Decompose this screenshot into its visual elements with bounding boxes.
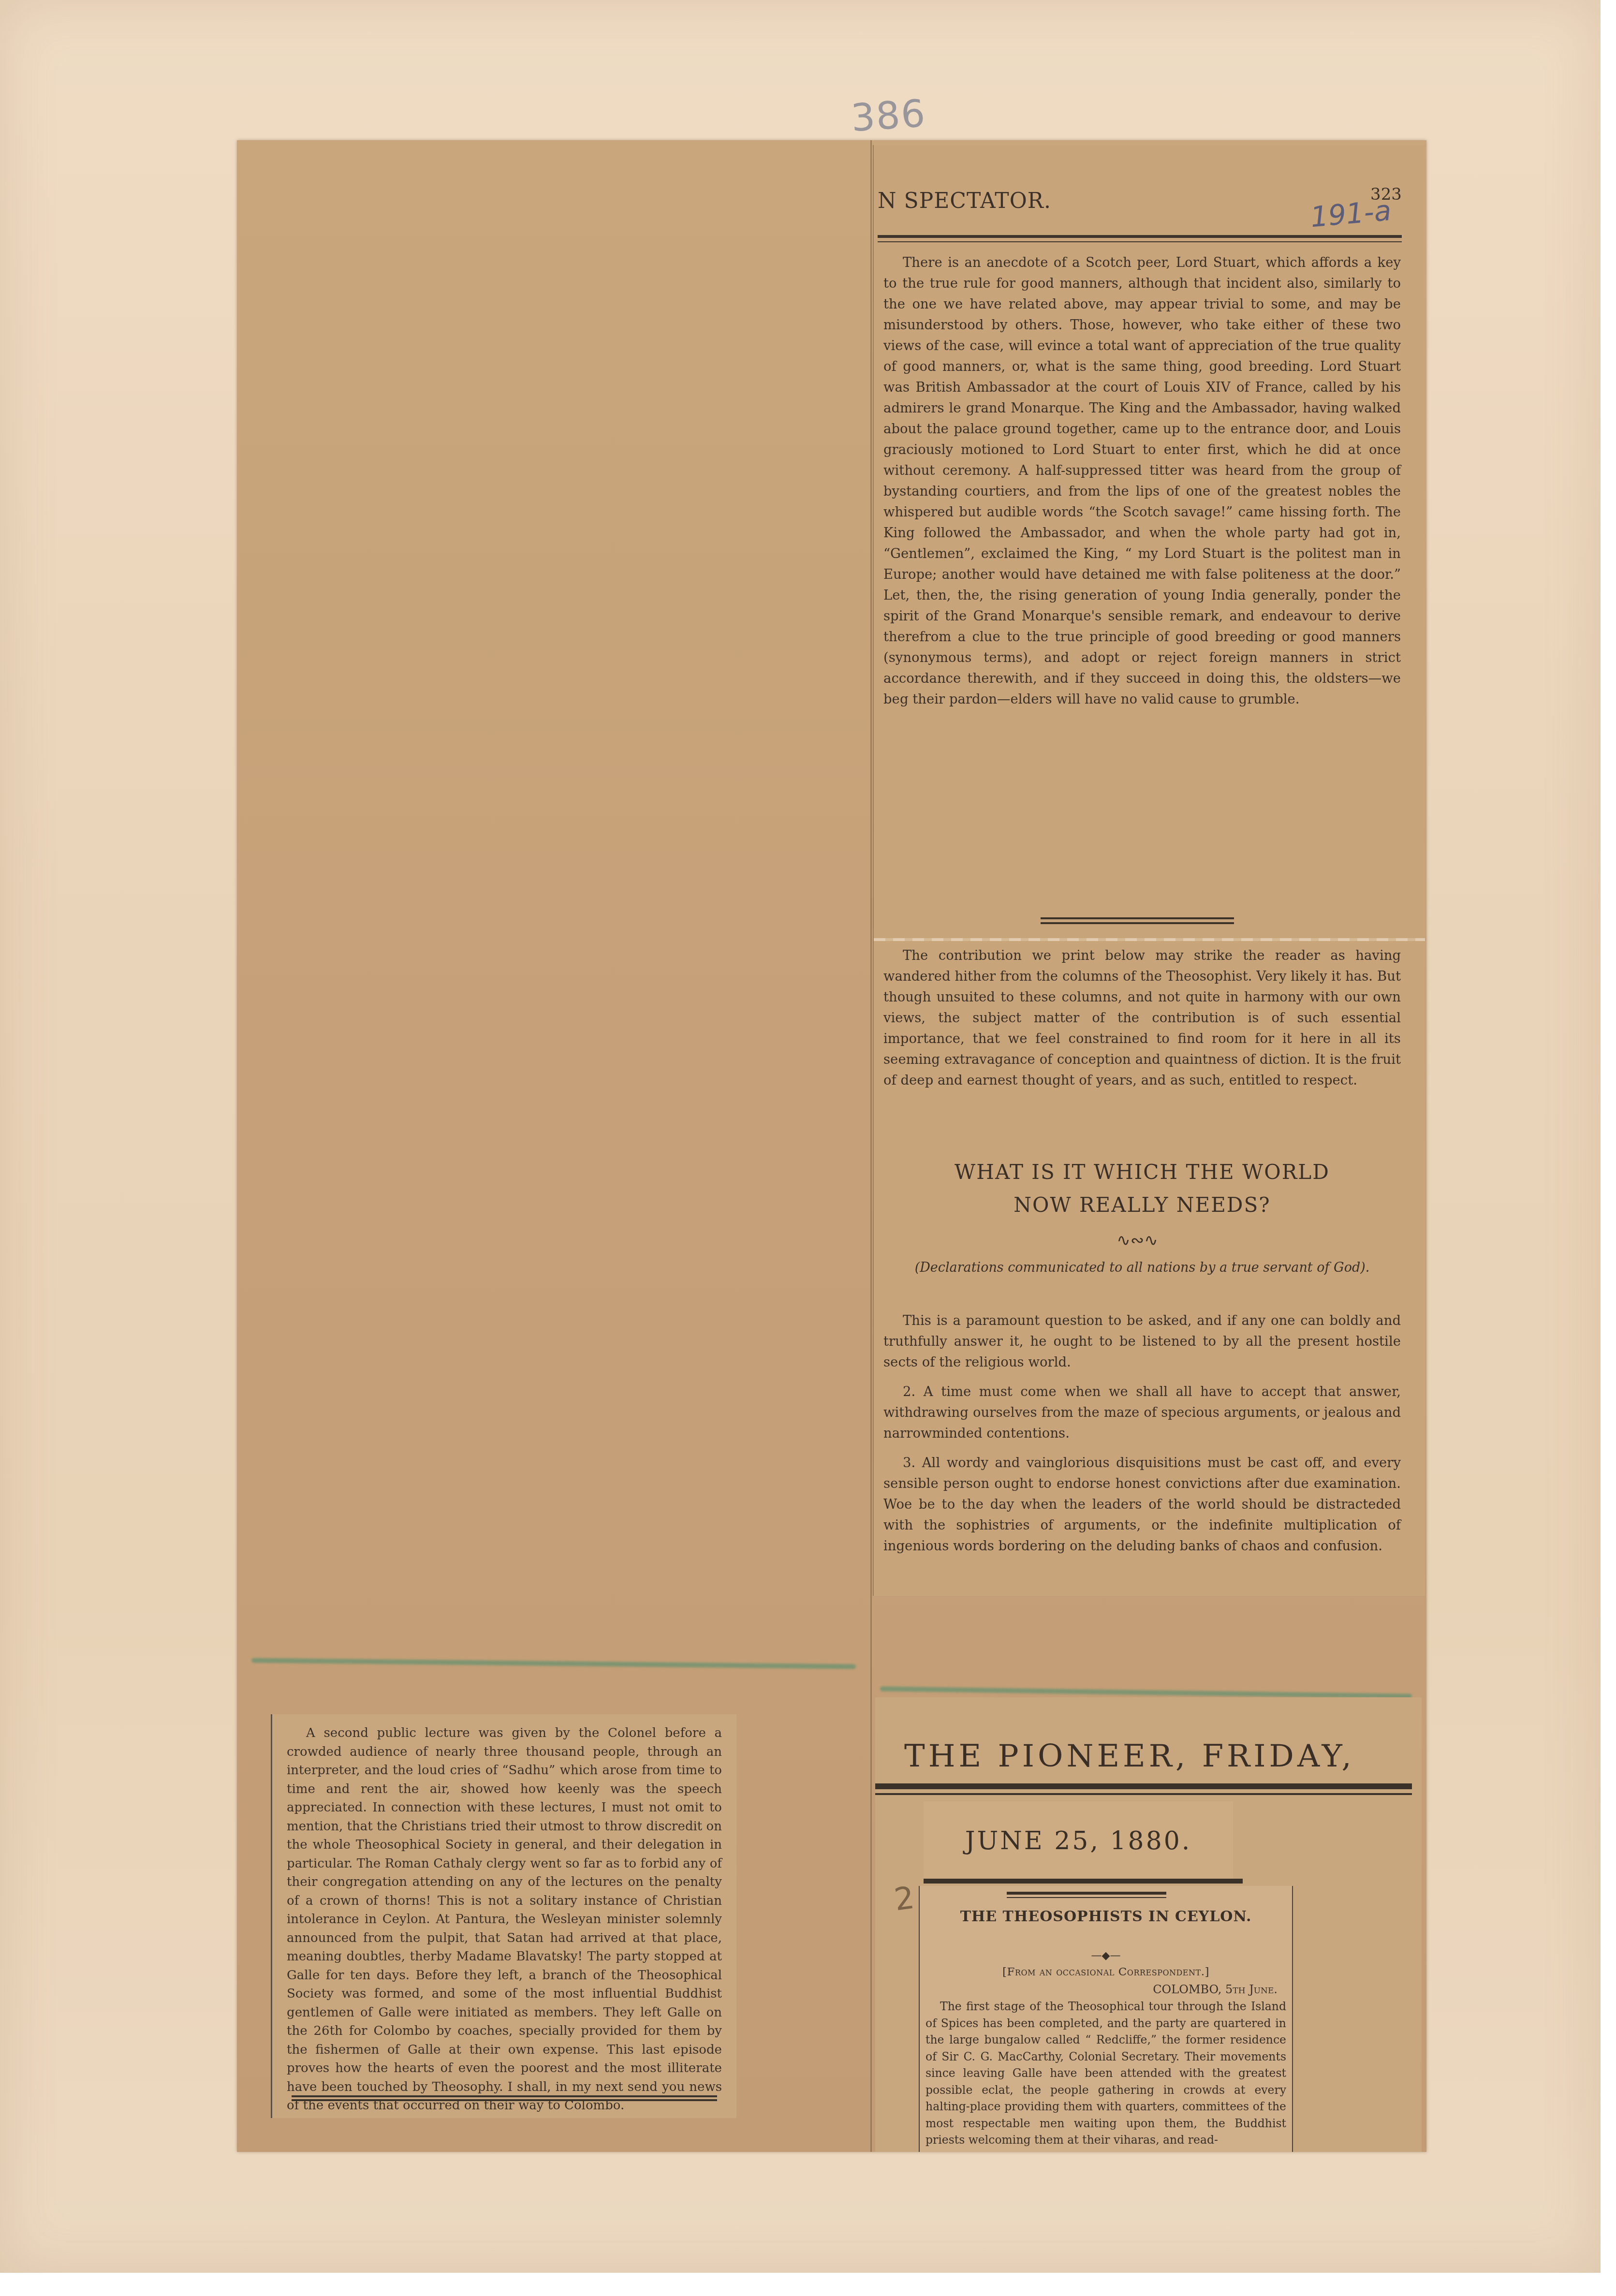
paper-tear bbox=[874, 938, 1425, 941]
declaration-paragraph-3: 3. All wordy and vainglorious disquisiti… bbox=[883, 1453, 1401, 1557]
ornament-divider: —◆— bbox=[920, 1950, 1292, 1962]
section-separator bbox=[1041, 917, 1234, 924]
anecdote-article: There is an anecdote of a Scotch peer, L… bbox=[883, 252, 1401, 710]
anecdote-paragraph: There is an anecdote of a Scotch peer, L… bbox=[883, 252, 1401, 710]
article-headline: WHAT IS IT WHICH THE WORLD NOW REALLY NE… bbox=[883, 1156, 1401, 1222]
date-rule bbox=[924, 1879, 1243, 1884]
pencil-page-number: 386 bbox=[850, 92, 927, 141]
article-dateline: COLOMBO, 5th June. bbox=[1153, 1983, 1278, 1996]
declarations-article: This is a paramount question to be asked… bbox=[883, 1310, 1401, 1557]
correspondence-paragraph: A second public lecture was given by the… bbox=[287, 1724, 722, 2115]
headline-line-2: NOW REALLY NEEDS? bbox=[883, 1189, 1401, 1222]
newspaper-title: N SPECTATOR. bbox=[878, 189, 1051, 213]
clipping-header: N SPECTATOR. 323 191-a bbox=[874, 174, 1425, 232]
headline-line-1: WHAT IS IT WHICH THE WORLD bbox=[883, 1156, 1401, 1189]
header-rule bbox=[878, 235, 1402, 244]
article-headline: THE THEOSOPHISTS IN CEYLON. bbox=[925, 1906, 1287, 1928]
album-page: 386 N SPECTATOR. 323 191-a There is an a… bbox=[0, 0, 1601, 2273]
pioneer-masthead: THE PIONEER, FRIDAY, bbox=[904, 1738, 1355, 1774]
article-body: The first stage of the Theosophical tour… bbox=[926, 1998, 1286, 2149]
masthead-rule bbox=[875, 1783, 1412, 1795]
pioneer-clipping: THE PIONEER, FRIDAY, JUNE 25, 1880. THE … bbox=[875, 1697, 1422, 2152]
article-byline: [From an occasional Correspondent.] bbox=[920, 1966, 1292, 1978]
issue-date: JUNE 25, 1880. bbox=[924, 1826, 1233, 1855]
correspondence-text: A second public lecture was given by the… bbox=[287, 1724, 722, 2115]
fold-line bbox=[870, 140, 872, 2152]
declaration-paragraph-2: 2. A time must come when we shall all ha… bbox=[883, 1382, 1401, 1444]
article-paragraph: The first stage of the Theosophical tour… bbox=[926, 1998, 1286, 2149]
date-box: JUNE 25, 1880. bbox=[924, 1801, 1233, 1879]
declaration-paragraph-1: This is a paramount question to be asked… bbox=[883, 1310, 1401, 1373]
ornament-divider: ∿∾∿ bbox=[874, 1231, 1401, 1250]
correspondence-clipping: A second public lecture was given by the… bbox=[271, 1714, 736, 2118]
theosophists-article: THE THEOSOPHISTS IN CEYLON. —◆— [From an… bbox=[919, 1886, 1293, 2152]
article-subheading: (Declarations communicated to all nation… bbox=[912, 1257, 1372, 1279]
closing-rule bbox=[292, 2095, 717, 2101]
handwritten-reference: 191-a bbox=[1309, 194, 1392, 234]
spectator-clipping: N SPECTATOR. 323 191-a There is an anecd… bbox=[873, 145, 1425, 1596]
editor-note: The contribution we print below may stri… bbox=[883, 945, 1401, 1091]
editor-note-paragraph: The contribution we print below may stri… bbox=[883, 945, 1401, 1091]
article-top-rule bbox=[1007, 1892, 1166, 1899]
